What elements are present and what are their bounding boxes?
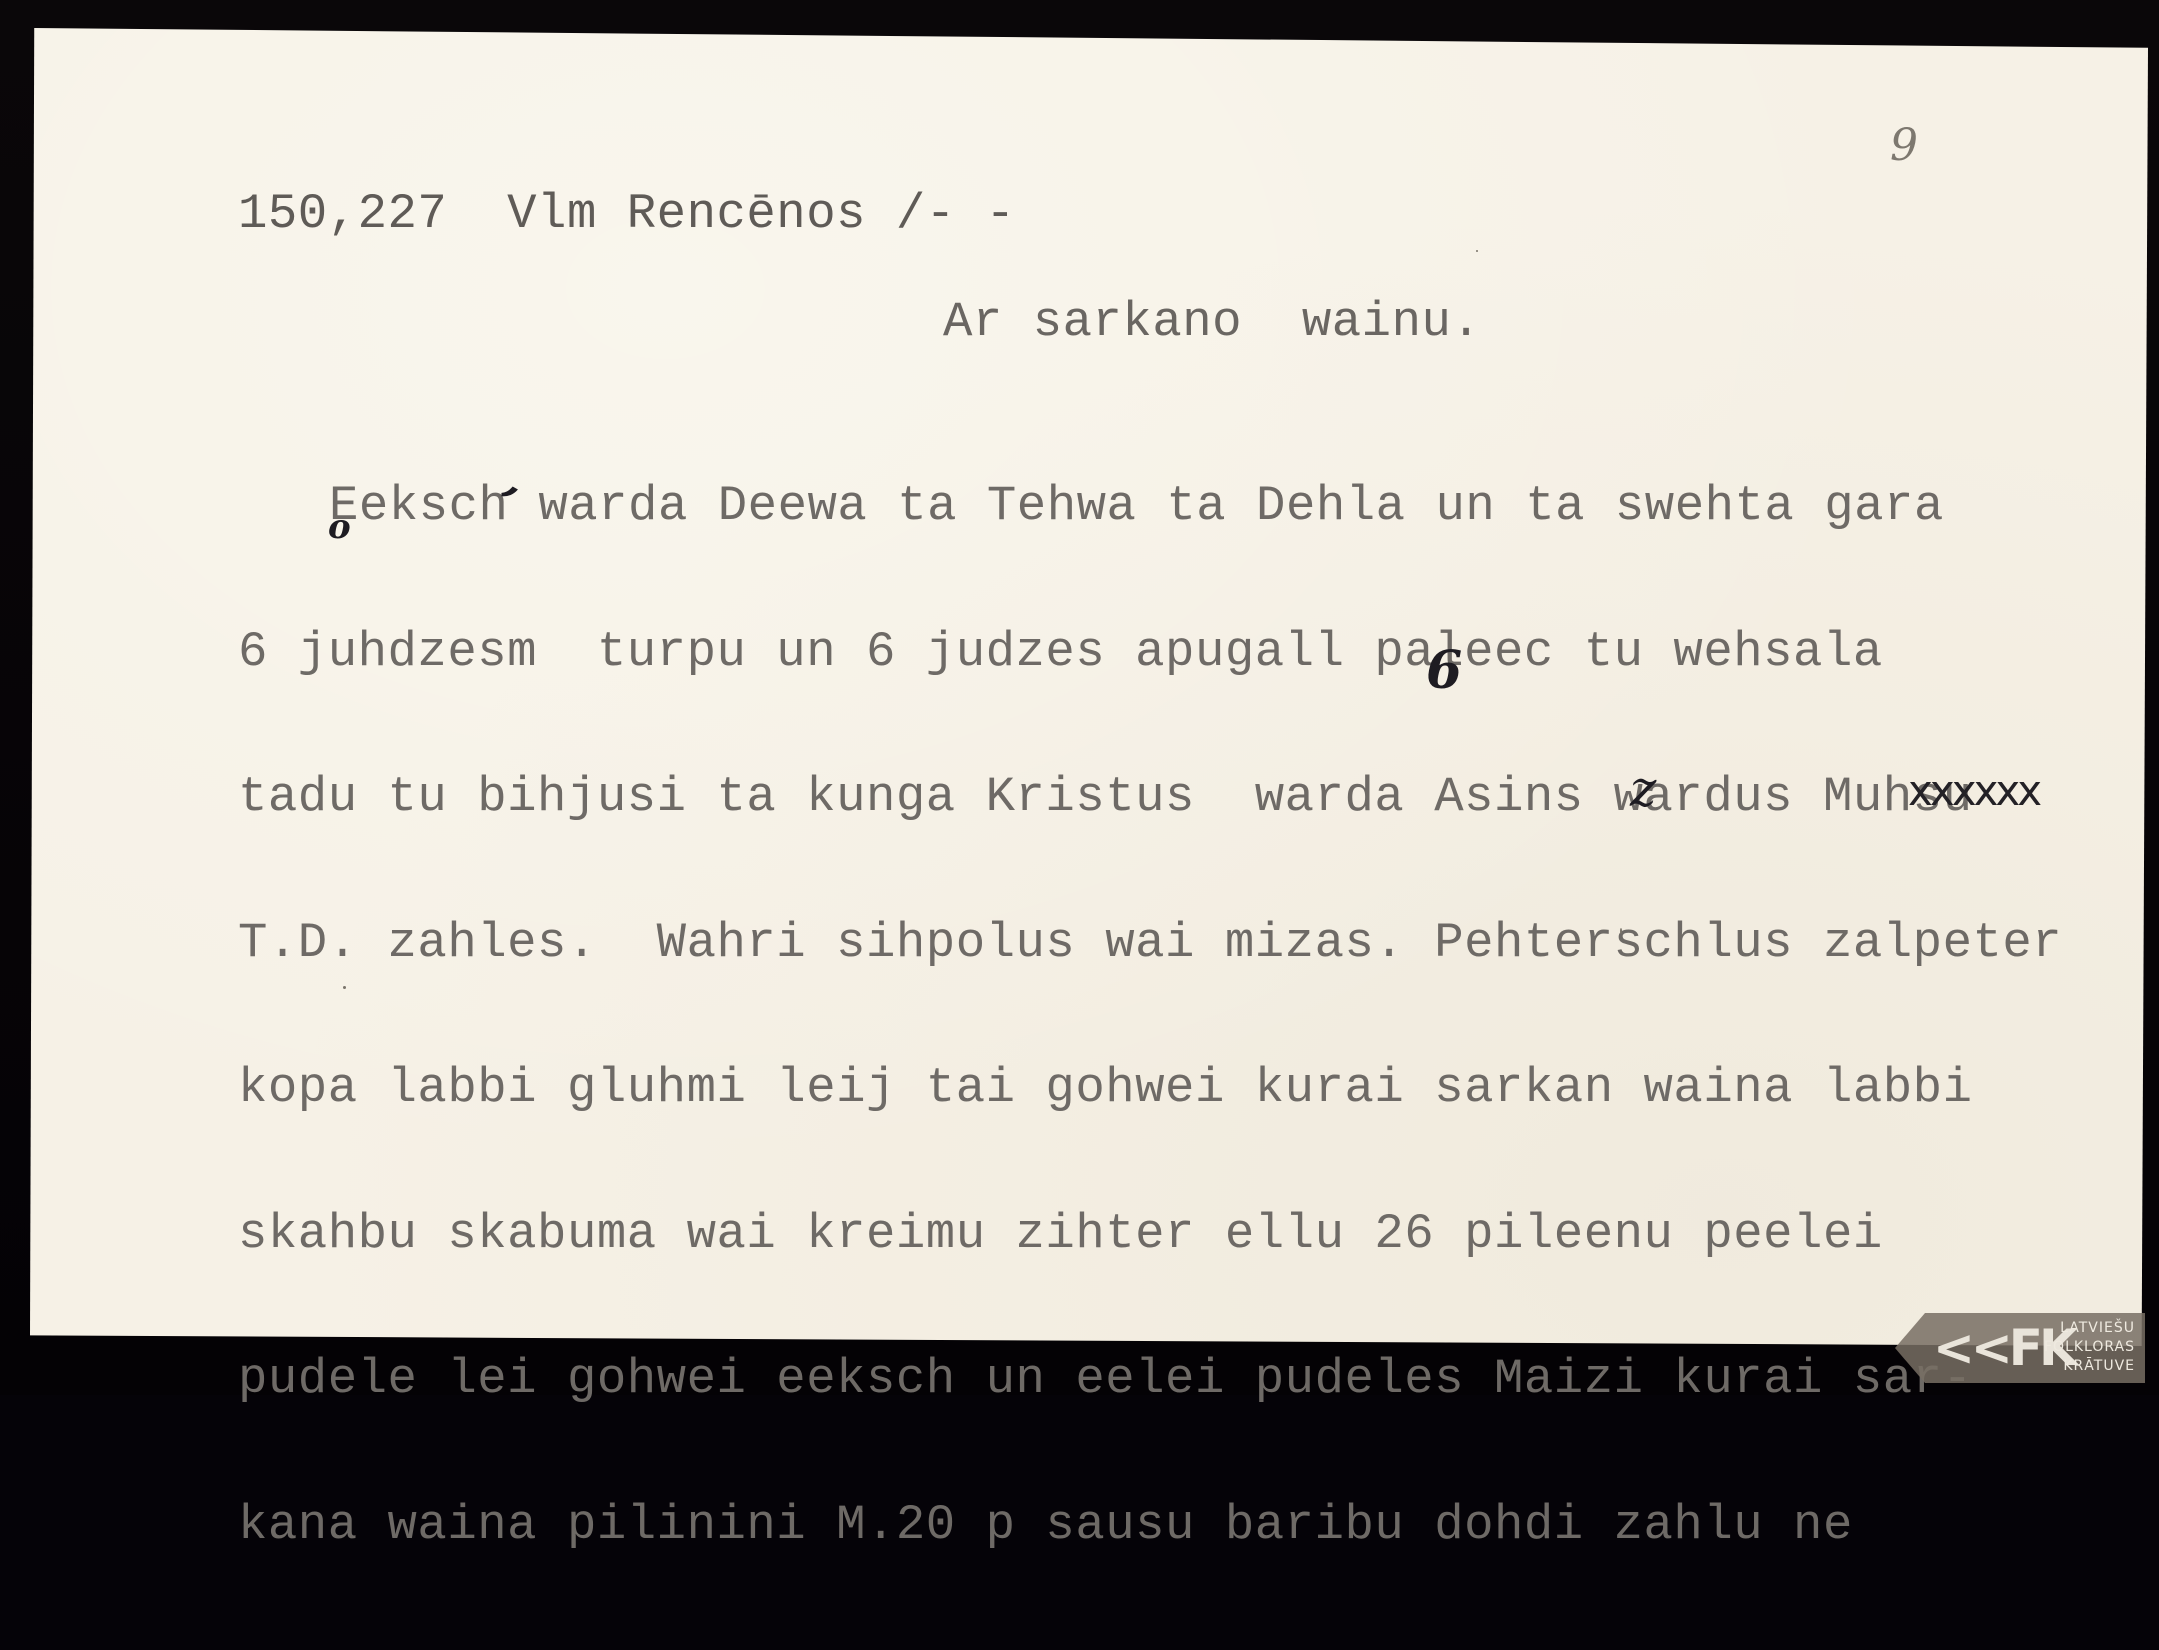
body-line: 6 juhdzesm turpu un 6 judzes apugall pal… xyxy=(238,628,2062,677)
card-header-reference: 150,227 Vlm Rencēnos /- - xyxy=(238,190,1016,239)
handwritten-correction-z: z xyxy=(1630,760,1656,818)
folklore-archive-watermark: <<FK LATVIEŠU FOLKLORAS KRĀTUVE xyxy=(1895,1313,2145,1383)
paper-speck xyxy=(1620,928,1622,934)
body-line: kopa labbi gluhmi leij tai gohwei kurai … xyxy=(238,1064,2062,1113)
body-line: tadu tu bihjusi ta kunga Kristus warda A… xyxy=(238,773,2062,822)
handwritten-crosses: xxxxxx xyxy=(1908,766,2039,815)
logo-line: KRĀTUVE xyxy=(2035,1357,2135,1376)
body-line: T.D. zahles. Wahri sihpolus wai mizas. P… xyxy=(238,919,2062,968)
handwritten-correction-6: 6 xyxy=(1426,640,1462,701)
paper-speck xyxy=(343,986,346,989)
document-body: Eeksch warda Deewa ta Tehwa ta Dehla un … xyxy=(238,385,2062,1395)
handwritten-correction-o: o xyxy=(328,507,351,547)
document-title: Ar sarkano wainu. xyxy=(943,298,1481,347)
archive-logo-text: LATVIEŠU FOLKLORAS KRĀTUVE xyxy=(2035,1319,2135,1376)
body-line: skahbu skabuma wai kreimu zihter ellu 26… xyxy=(238,1210,2062,1259)
logo-line: FOLKLORAS xyxy=(2035,1338,2135,1357)
logo-line: LATVIEŠU xyxy=(2035,1319,2135,1338)
body-line: pudele lei gohwei eeksch un eelei pudele… xyxy=(238,1355,2062,1395)
handwritten-page-number: 9 xyxy=(1890,120,1918,171)
paper-speck xyxy=(1476,250,1478,252)
scan-background: 9 150,227 Vlm Rencēnos /- - Ar sarkano w… xyxy=(0,0,2159,1395)
